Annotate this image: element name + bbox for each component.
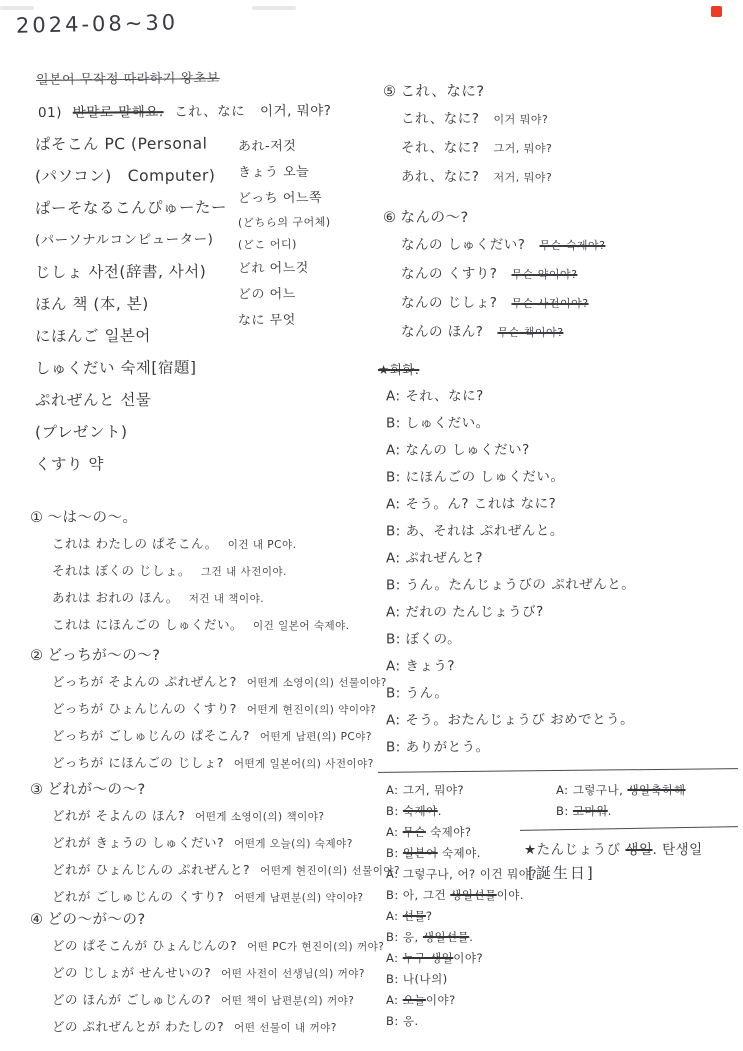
- dialogue-line: A: そう。ん? これは なに?: [386, 491, 635, 519]
- conversation-header: ★회화.: [378, 360, 419, 378]
- section-number: ①: [30, 510, 44, 526]
- example-kr: 그거, 뭐야?: [493, 142, 552, 155]
- dialogue-line: B: ありがとう。: [386, 734, 635, 762]
- example-jp: なんの くすり?: [401, 266, 497, 282]
- example-line: それは ぼくの じしょ。그건 내 사전이야.: [30, 558, 350, 585]
- example-line: それ、なに?그거, 뭐야?: [383, 134, 552, 163]
- section-title: どっちが～の～?: [48, 648, 161, 664]
- example-kr: 어떤게 현진이(의) 약이야?: [247, 704, 376, 716]
- section-number: ④: [30, 912, 44, 928]
- example-line: どっちが そよんの ぷれぜんと?어떤게 소영이(의) 선물이야?: [30, 669, 387, 696]
- vocab-item: にほんご 일본어: [35, 319, 227, 352]
- t-strike: 선물: [403, 909, 426, 923]
- vocab-list-right: あれ-저것 きょう 오늘 どっち 어느쪽 (どちら의 구어체) (どこ 어디) …: [238, 134, 331, 334]
- example-jp: どの ほんが ごしゅじんの?: [52, 992, 211, 1007]
- dialogue-line: B: うん。: [386, 680, 635, 708]
- t-post: .: [608, 804, 612, 818]
- example-jp: なんの しゅくだい?: [401, 237, 525, 253]
- divider-line: [378, 768, 738, 773]
- example-jp: なんの じしょ?: [401, 295, 497, 311]
- translation-line: A: 그렇구나, 어? 이건 뭐야?: [386, 864, 537, 885]
- vocab-item: きょう 오늘: [238, 160, 331, 187]
- lesson-header: 01) 반말로 말해요. これ、なに 이거, 뭐야?: [38, 99, 332, 121]
- translation-line: B: 응.: [386, 1011, 537, 1032]
- vocab-item: (パソコン) Computer): [35, 159, 227, 192]
- translation-line: B: 숙제야.: [386, 801, 537, 822]
- example-jp: これは にほんごの しゅくだい。: [52, 617, 243, 632]
- example-jp: あれは おれの ほん。: [52, 590, 179, 605]
- vocab-item: なに 무엇: [238, 308, 331, 335]
- example-kr: 어떤게 일본어(의) 사전이야?: [234, 758, 374, 770]
- example-line: どの じしょが せんせいの?어떤 사전이 선생님(의) 꺼야?: [30, 960, 384, 987]
- example-line: どれが きょうの しゅくだい?어떤게 오늘(의) 숙제야?: [30, 830, 400, 857]
- dialogue-line: B: あ、それは ぷれぜんと。: [386, 518, 635, 546]
- example-kr: 이건 일본어 숙제야.: [253, 620, 350, 632]
- birthday-kanji: [誕生日]: [528, 862, 595, 883]
- dialogue-line: A: なんの しゅくだい?: [386, 437, 635, 465]
- translation-line: A: 그거, 뭐야?: [386, 780, 537, 801]
- note-kr-strike: 생일: [625, 842, 652, 858]
- vocab-item: くすり 약: [35, 447, 227, 480]
- section-heading: ③どれが～の～?: [30, 778, 400, 799]
- t-post: .: [469, 930, 473, 944]
- section-number: ⑥: [383, 210, 397, 226]
- example-line: これは にほんごの しゅくだい。이건 일본어 숙제야.: [30, 612, 350, 639]
- dialogue-line: A: そう。おたんじょうび おめでとう。: [386, 707, 635, 735]
- section-title: これ、なに?: [401, 84, 485, 100]
- example-jp: あれ、なに?: [401, 169, 479, 185]
- t-post: 이야?: [426, 993, 456, 1007]
- dialogue-line: A: それ、なに?: [386, 383, 635, 411]
- vocab-item: あれ-저것: [238, 134, 331, 161]
- example-kr: 어떤게 현진이(의) 선물이야?: [260, 865, 400, 877]
- t-post: 숙제야?: [426, 825, 472, 839]
- t-strike: 무슨: [403, 825, 426, 839]
- vocab-item: (パーソナルコンピューター): [35, 223, 227, 256]
- t-pre: A: 그렇구나,: [556, 783, 627, 797]
- vocab-item: (プレゼント): [35, 415, 227, 448]
- example-line: どっちが ごしゅじんの ぱそこん?어떤게 남편(의) PC야?: [30, 723, 387, 750]
- dialogue-line: B: しゅくだい。: [386, 410, 635, 438]
- red-marker-icon: [711, 6, 722, 17]
- dialogue-line: A: だれの たんじょうび?: [386, 599, 635, 627]
- vocab-item: どっち 어느쪽: [238, 186, 331, 213]
- notebook-page: 2024-08~30 일본어 무작정 따라하기 왕초보 01) 반말로 말해요.…: [0, 0, 743, 1051]
- vocab-list-left: ぱそこん PC (Personal (パソコン) Computer) ぱーそなる…: [35, 128, 227, 480]
- example-line: どの ほんが ごしゅじんの?어떤 책이 남편분(의) 꺼야?: [30, 987, 384, 1014]
- example-line: なんの ほん?무슨 책이야?: [383, 318, 605, 347]
- example-kr: 무슨 숙제야?: [539, 239, 605, 252]
- t-post: ?: [426, 909, 433, 923]
- example-kr: 이건 내 PC야.: [228, 539, 297, 551]
- dialogue-line: B: にほんごの しゅくだい。: [386, 464, 635, 492]
- grammar-section-1: ①～は～の～。 これは わたしの ぱそこん。이건 내 PC야. それは ぼくの …: [30, 506, 350, 639]
- example-jp: どれが そよんの ほん?: [52, 808, 185, 823]
- grammar-section-3: ③どれが～の～? どれが そよんの ほん?어떤게 소영이(의) 책이야? どれが…: [30, 778, 400, 911]
- lesson-phrase-jp: これ、なに: [174, 104, 245, 120]
- t-strike: 생일선물: [423, 930, 469, 944]
- note-title: 일본어 무작정 따라하기 왕초보: [36, 67, 220, 88]
- translation-left-column: A: 그거, 뭐야? B: 숙제야. A: 무슨 숙제야? B: 일본어 숙제야…: [386, 780, 537, 1032]
- example-kr: 어떤 선물이 내 꺼야?: [234, 1022, 337, 1034]
- example-kr: 어떤게 소영이(의) 선물이야?: [247, 677, 387, 689]
- lesson-number: 01): [38, 105, 62, 121]
- example-kr: 어떤게 소영이(의) 책이야?: [195, 811, 324, 823]
- scan-artifact: [252, 6, 296, 10]
- section-heading: ⑥なんの～?: [383, 206, 605, 227]
- translation-line: B: 아, 그건 생일선물이야.: [386, 885, 537, 906]
- dialogue-line: A: きょう?: [386, 653, 635, 681]
- t-post: 이야?: [453, 951, 483, 965]
- t-pre: B:: [386, 804, 403, 818]
- example-line: あれは おれの ほん。저건 내 책이야.: [30, 585, 350, 612]
- example-jp: どっちが ひょんじんの くすり?: [52, 701, 237, 716]
- example-line: これ、なに?이거 뭐야?: [383, 105, 552, 134]
- t-pre: A:: [386, 993, 403, 1007]
- example-jp: どっちが そよんの ぷれぜんと?: [52, 674, 237, 689]
- vocab-item: どれ 어느것: [238, 256, 331, 283]
- section-title: ～は～の～。: [48, 510, 138, 526]
- vocab-item: ぱーそなるこんぴゅーたー: [35, 191, 227, 224]
- note-kr-rest: . 탄생일: [653, 842, 703, 858]
- lesson-intro: 반말로 말해요.: [73, 104, 164, 121]
- translation-line: A: 누구 생일이야?: [386, 948, 537, 969]
- section-heading: ①～は～の～。: [30, 506, 350, 527]
- translation-right-column: A: 그렇구나, 생일축하해 B: 고마워.: [556, 780, 686, 822]
- t-strike: 오늘: [403, 993, 426, 1007]
- example-jp: どの ぱそこんが ひょんじんの?: [52, 938, 237, 953]
- example-kr: 무슨 책이야?: [497, 326, 563, 339]
- example-line: どっちが にほんごの じしょ?어떤게 일본어(의) 사전이야?: [30, 750, 387, 777]
- t-strike: 숙제야: [403, 804, 438, 818]
- conversation-dialogue: A: それ、なに? B: しゅくだい。 A: なんの しゅくだい? B: にほん…: [386, 383, 635, 761]
- note-jp: ★たんじょうび: [524, 842, 621, 858]
- example-kr: 무슨 약이야?: [511, 268, 577, 281]
- example-jp: どれが ごしゅじんの くすり?: [52, 889, 224, 904]
- section-number: ③: [30, 782, 44, 798]
- section-title: どの～が～の?: [48, 912, 146, 928]
- t-strike: 누구 생일: [403, 951, 454, 965]
- lesson-phrase-kr: 이거, 뭐야?: [260, 103, 332, 119]
- t-pre: B: 응,: [386, 930, 423, 944]
- example-jp: どの じしょが せんせいの?: [52, 965, 211, 980]
- grammar-section-6: ⑥なんの～? なんの しゅくだい?무슨 숙제야? なんの くすり?무슨 약이야?…: [383, 206, 605, 347]
- example-jp: どれが きょうの しゅくだい?: [52, 835, 224, 850]
- grammar-section-2: ②どっちが～の～? どっちが そよんの ぷれぜんと?어떤게 소영이(의) 선물이…: [30, 644, 387, 777]
- example-line: なんの じしょ?무슨 사전이야?: [383, 289, 605, 318]
- t-pre: B:: [386, 846, 403, 860]
- t-pre: B:: [556, 804, 573, 818]
- t-strike: 일본어: [403, 846, 438, 860]
- vocab-item: じしょ 사전(辞書, 사서): [35, 255, 227, 288]
- translation-line: B: 일본어 숙제야.: [386, 843, 537, 864]
- dialogue-line: B: ぼくの。: [386, 626, 635, 654]
- example-jp: これ、なに?: [401, 111, 479, 127]
- grammar-section-4: ④どの～が～の? どの ぱそこんが ひょんじんの?어떤 PC가 현진이(의) 꺼…: [30, 908, 384, 1041]
- dialogue-line: B: うん。たんじょうびの ぷれぜんと。: [386, 572, 635, 600]
- t-pre: B: 나(나의): [386, 972, 448, 986]
- t-strike: 생일축하해: [627, 783, 685, 797]
- section-heading: ④どの～が～の?: [30, 908, 384, 929]
- example-line: これは わたしの ぱそこん。이건 내 PC야.: [30, 531, 350, 558]
- example-line: なんの しゅくだい?무슨 숙제야?: [383, 231, 605, 260]
- example-jp: どれが ひょんじんの ぷれぜんと?: [52, 862, 250, 877]
- example-kr: 그건 내 사전이야.: [201, 566, 287, 578]
- example-line: どれが ごしゅじんの くすり?어떤게 남편분(의) 약이야?: [30, 884, 400, 911]
- t-pre: B: 응.: [386, 1014, 419, 1028]
- example-line: どっちが ひょんじんの くすり?어떤게 현진이(의) 약이야?: [30, 696, 387, 723]
- t-pre: B: 아, 그건: [386, 888, 450, 902]
- vocab-item: ぱそこん PC (Personal: [35, 127, 227, 160]
- translation-line: B: 응, 생일선물.: [386, 927, 537, 948]
- example-jp: これは わたしの ぱそこん。: [52, 536, 218, 551]
- vocab-item: (どちら의 구어체): [238, 212, 331, 235]
- example-line: どの ぷれぜんとが わたしの?어떤 선물이 내 꺼야?: [30, 1014, 384, 1041]
- section-title: どれが～の～?: [48, 782, 146, 798]
- example-line: どれが そよんの ほん?어떤게 소영이(의) 책이야?: [30, 803, 400, 830]
- example-jp: なんの ほん?: [401, 324, 483, 340]
- section-heading: ②どっちが～の～?: [30, 644, 387, 665]
- t-post: 숙제야.: [438, 846, 481, 860]
- vocab-item: しゅくだい 숙제[宿題]: [35, 351, 227, 384]
- t-post: .: [438, 804, 442, 818]
- example-line: どれが ひょんじんの ぷれぜんと?어떤게 현진이(의) 선물이야?: [30, 857, 400, 884]
- example-jp: どっちが ごしゅじんの ぱそこん?: [52, 728, 250, 743]
- birthday-note: ★たんじょうび 생일. 탄생일: [524, 838, 703, 858]
- t-strike: 생일선물: [450, 888, 496, 902]
- example-kr: 어떤 책이 남편분(의) 꺼야?: [221, 995, 354, 1007]
- example-jp: どの ぷれぜんとが わたしの?: [52, 1019, 224, 1034]
- divider-line: [520, 826, 738, 831]
- vocab-item: ぷれぜんと 선물: [35, 383, 227, 416]
- section-heading: ⑤これ、なに?: [383, 80, 552, 101]
- example-jp: どっちが にほんごの じしょ?: [52, 755, 224, 770]
- grammar-section-5: ⑤これ、なに? これ、なに?이거 뭐야? それ、なに?그거, 뭐야? あれ、なに…: [383, 80, 552, 192]
- translation-line: A: 선물?: [386, 906, 537, 927]
- translation-line: A: 그렇구나, 생일축하해: [556, 780, 686, 801]
- scan-artifact: [0, 6, 34, 10]
- example-kr: 어떤게 남편(의) PC야?: [260, 731, 372, 743]
- dialogue-line: A: ぷれぜんと?: [386, 545, 635, 573]
- example-kr: 무슨 사전이야?: [511, 297, 588, 310]
- t-pre: A:: [386, 951, 403, 965]
- translation-line: A: 오늘이야?: [386, 990, 537, 1011]
- vocab-item: (どこ 어디): [238, 234, 331, 257]
- example-kr: 어떤게 오늘(의) 숙제야?: [234, 838, 353, 850]
- translation-line: B: 고마워.: [556, 801, 686, 822]
- example-line: どの ぱそこんが ひょんじんの?어떤 PC가 현진이(의) 꺼야?: [30, 933, 384, 960]
- example-line: あれ、なに?저거, 뭐야?: [383, 163, 552, 192]
- section-title: なんの～?: [401, 210, 469, 226]
- example-kr: 어떤게 남편분(의) 약이야?: [234, 892, 363, 904]
- t-pre: A: 그거, 뭐야?: [386, 783, 464, 797]
- example-kr: 어떤 사전이 선생님(의) 꺼야?: [221, 968, 365, 980]
- t-post: 이야.: [497, 888, 524, 902]
- t-strike: 고마워: [573, 804, 608, 818]
- example-jp: それ、なに?: [401, 140, 479, 156]
- t-pre: A: 그렇구나, 어? 이건 뭐야?: [386, 867, 537, 881]
- section-number: ②: [30, 648, 44, 664]
- example-jp: それは ぼくの じしょ。: [52, 563, 191, 578]
- example-kr: 어떤 PC가 현진이(의) 꺼야?: [247, 941, 384, 953]
- t-pre: A:: [386, 825, 403, 839]
- section-number: ⑤: [383, 84, 397, 100]
- t-pre: A:: [386, 909, 403, 923]
- vocab-item: ほん 책 (本, 본): [35, 287, 227, 320]
- date: 2024-08~30: [16, 10, 179, 37]
- example-kr: 저건 내 책이야.: [189, 593, 264, 605]
- example-kr: 저거, 뭐야?: [493, 171, 552, 184]
- vocab-item: どの 어느: [238, 282, 331, 309]
- translation-line: B: 나(나의): [386, 969, 537, 990]
- translation-line: A: 무슨 숙제야?: [386, 822, 537, 843]
- example-line: なんの くすり?무슨 약이야?: [383, 260, 605, 289]
- example-kr: 이거 뭐야?: [493, 113, 548, 126]
